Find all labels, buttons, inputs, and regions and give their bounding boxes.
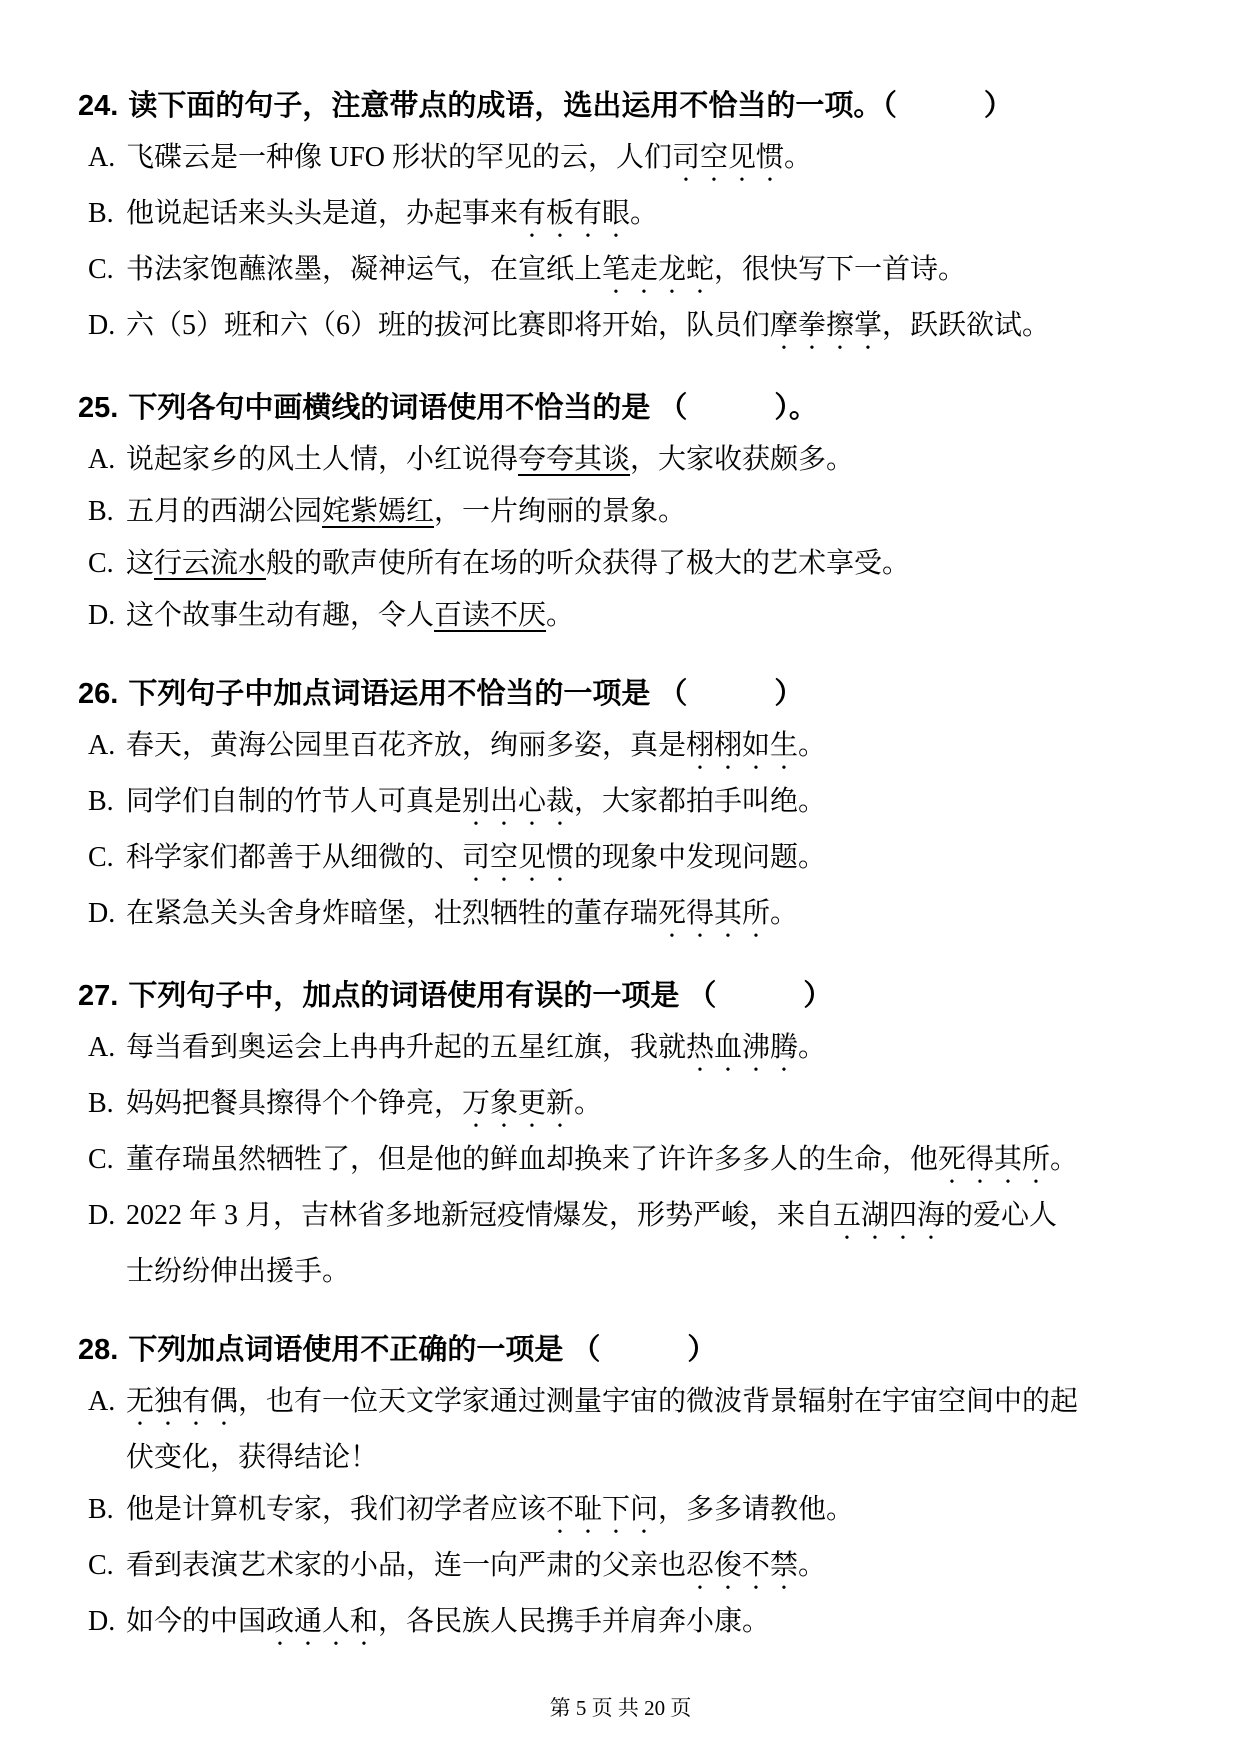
question-24-option-b: B.他说起话来头头是道，办起事来有板有眼。 xyxy=(88,188,1170,244)
option-label: D. xyxy=(88,590,126,642)
question-27-number: 27. xyxy=(78,970,118,1022)
plain-text-segment: 董存瑞虽然牺牲了，但是他的鲜血却换来了许许多多人的生命，他 xyxy=(126,1144,938,1175)
emphasis-dotted-phrase: 政通人和 xyxy=(266,1606,378,1637)
question-25-option-b: B.五月的西湖公园姹紫嫣红，一片绚丽的景象。 xyxy=(88,486,1170,538)
plain-text-segment: 看到表演艺术家的小品，连一向严肃的父亲也 xyxy=(126,1550,686,1581)
question-26-option-c: C.科学家们都善于从细微的、司空见惯的现象中发现问题。 xyxy=(88,832,1170,888)
option-text: 董存瑞虽然牺牲了，但是他的鲜血却换来了许许多多人的生命，他死得其所。 xyxy=(126,1134,1170,1190)
option-text: 春天，黄海公园里百花齐放，绚丽多姿，真是栩栩如生。 xyxy=(126,720,1170,776)
plain-text-segment: 的爱心人 xyxy=(945,1200,1057,1231)
question-25-number: 25. xyxy=(78,382,118,434)
plain-text-segment: 这 xyxy=(126,548,154,579)
plain-text-segment: 。 xyxy=(1050,1144,1078,1175)
question-25-option-a: A.说起家乡的风土人情，小红说得夸夸其谈，大家收获颇多。 xyxy=(88,434,1170,486)
option-text: 同学们自制的竹节人可真是别出心裁，大家都拍手叫绝。 xyxy=(126,776,1170,832)
option-label: B. xyxy=(88,1078,126,1134)
option-text: 这个故事生动有趣，令人百读不厌。 xyxy=(126,590,1170,642)
option-label: C. xyxy=(88,1134,126,1190)
questions-container: 24.读下面的句子，注意带点的成语，选出运用不恰当的一项。（ ）A.飞碟云是一种… xyxy=(78,80,1170,1652)
plain-text-segment: ，多多请教他。 xyxy=(658,1494,854,1525)
question-28-option-b: B.他是计算机专家，我们初学者应该不耻下问，多多请教他。 xyxy=(88,1484,1170,1540)
option-label: D. xyxy=(88,1596,126,1652)
option-label: B. xyxy=(88,776,126,832)
emphasis-dotted-phrase: 五湖四海 xyxy=(833,1200,945,1231)
plain-text-segment: 五月的西湖公园 xyxy=(126,496,322,527)
emphasis-dotted-phrase: 死得其所 xyxy=(938,1144,1050,1175)
question-25-option-d: D.这个故事生动有趣，令人百读不厌。 xyxy=(88,590,1170,642)
option-text-line: 无独有偶，也有一位天文学家通过测量宇宙的微波背景辐射在宇宙空间中的起 xyxy=(126,1376,1170,1432)
plain-text-segment: 2022 年 3 月，吉林省多地新冠疫情爆发，形势严峻，来自 xyxy=(126,1200,833,1231)
emphasis-dotted-phrase: 热血沸腾 xyxy=(686,1032,798,1063)
question-26-option-b: B.同学们自制的竹节人可真是别出心裁，大家都拍手叫绝。 xyxy=(88,776,1170,832)
plain-text-segment: ，也有一位天文学家通过测量宇宙的微波背景辐射在宇宙空间中的起 xyxy=(238,1386,1078,1417)
option-label: B. xyxy=(88,486,126,538)
underlined-phrase: 百读不厌 xyxy=(434,600,546,631)
option-text-line: 这行云流水般的歌声使所有在场的听众获得了极大的艺术享受。 xyxy=(126,538,1170,590)
option-text: 科学家们都善于从细微的、司空见惯的现象中发现问题。 xyxy=(126,832,1170,888)
plain-text-segment: 的现象中发现问题。 xyxy=(574,842,826,873)
question-24-option-d: D.六（5）班和六（6）班的拔河比赛即将开始，队员们摩拳擦掌，跃跃欲试。 xyxy=(88,300,1170,356)
plain-text-segment: 。 xyxy=(630,198,658,229)
option-text: 看到表演艺术家的小品，连一向严肃的父亲也忍俊不禁。 xyxy=(126,1540,1170,1596)
option-text: 无独有偶，也有一位天文学家通过测量宇宙的微波背景辐射在宇宙空间中的起伏变化，获得… xyxy=(126,1376,1170,1484)
option-text-line: 春天，黄海公园里百花齐放，绚丽多姿，真是栩栩如生。 xyxy=(126,720,1170,776)
option-text-line: 2022 年 3 月，吉林省多地新冠疫情爆发，形势严峻，来自五湖四海的爱心人 xyxy=(126,1190,1170,1246)
option-text-line: 每当看到奥运会上冉冉升起的五星红旗，我就热血沸腾。 xyxy=(126,1022,1170,1078)
question-25-option-c: C.这行云流水般的歌声使所有在场的听众获得了极大的艺术享受。 xyxy=(88,538,1170,590)
plain-text-segment: 科学家们都善于从细微的、 xyxy=(126,842,462,873)
option-label: C. xyxy=(88,538,126,590)
question-24-number: 24. xyxy=(78,80,118,132)
option-text: 在紧急关头舍身炸暗堡，壮烈牺牲的董存瑞死得其所。 xyxy=(126,888,1170,944)
emphasis-dotted-phrase: 别出心裁 xyxy=(462,786,574,817)
plain-text-segment: 他说起话来头头是道，办起事来 xyxy=(126,198,518,229)
page-number-text: 第 5 页 共 20 页 xyxy=(550,1696,692,1720)
option-text-line: 五月的西湖公园姹紫嫣红，一片绚丽的景象。 xyxy=(126,486,1170,538)
emphasis-dotted-phrase: 万象更新 xyxy=(462,1088,574,1119)
option-text-line: 书法家饱蘸浓墨，凝神运气，在宣纸上笔走龙蛇，很快写下一首诗。 xyxy=(126,244,1170,300)
option-label: C. xyxy=(88,832,126,888)
question-26: 26.下列句子中加点词语运用不恰当的一项是 （ ）A.春天，黄海公园里百花齐放，… xyxy=(78,668,1170,944)
option-text-line: 妈妈把餐具擦得个个铮亮，万象更新。 xyxy=(126,1078,1170,1134)
plain-text-segment: ，很快写下一首诗。 xyxy=(714,254,966,285)
question-27-option-b: B.妈妈把餐具擦得个个铮亮，万象更新。 xyxy=(88,1078,1170,1134)
plain-text-segment: 妈妈把餐具擦得个个铮亮， xyxy=(126,1088,462,1119)
page-footer: 第 5 页 共 20 页 xyxy=(0,1692,1241,1722)
plain-text-segment: 。 xyxy=(798,1550,826,1581)
option-text-line: 看到表演艺术家的小品，连一向严肃的父亲也忍俊不禁。 xyxy=(126,1540,1170,1596)
plain-text-segment: 说起家乡的风土人情，小红说得 xyxy=(126,444,518,475)
question-28-option-a: A.无独有偶，也有一位天文学家通过测量宇宙的微波背景辐射在宇宙空间中的起伏变化，… xyxy=(88,1376,1170,1484)
option-text-line: 六（5）班和六（6）班的拔河比赛即将开始，队员们摩拳擦掌，跃跃欲试。 xyxy=(126,300,1170,356)
plain-text-segment: 飞碟云是一种像 UFO 形状的罕见的云，人们 xyxy=(126,142,672,173)
question-24-title-text: 读下面的句子，注意带点的成语，选出运用不恰当的一项。（ ） xyxy=(128,80,1013,132)
plain-text-segment: ，大家都拍手叫绝。 xyxy=(574,786,826,817)
option-text-line: 在紧急关头舍身炸暗堡，壮烈牺牲的董存瑞死得其所。 xyxy=(126,888,1170,944)
option-label: D. xyxy=(88,1190,126,1298)
option-text-line: 如今的中国政通人和，各民族人民携手并肩奔小康。 xyxy=(126,1596,1170,1652)
option-label: A. xyxy=(88,1376,126,1484)
option-text-line: 士纷纷伸出援手。 xyxy=(126,1246,1170,1298)
option-label: D. xyxy=(88,300,126,356)
option-text-line: 这个故事生动有趣，令人百读不厌。 xyxy=(126,590,1170,642)
exam-page: 24.读下面的句子，注意带点的成语，选出运用不恰当的一项。（ ）A.飞碟云是一种… xyxy=(0,0,1241,1755)
plain-text-segment: 。 xyxy=(546,600,574,631)
emphasis-dotted-phrase: 司空见惯 xyxy=(672,142,784,173)
option-text-line: 他是计算机专家，我们初学者应该不耻下问，多多请教他。 xyxy=(126,1484,1170,1540)
plain-text-segment: ，各民族人民携手并肩奔小康。 xyxy=(378,1606,770,1637)
plain-text-segment: 书法家饱蘸浓墨，凝神运气，在宣纸上 xyxy=(126,254,602,285)
option-text: 五月的西湖公园姹紫嫣红，一片绚丽的景象。 xyxy=(126,486,1170,538)
emphasis-dotted-phrase: 忍俊不禁 xyxy=(686,1550,798,1581)
question-25: 25.下列各句中画横线的词语使用不恰当的是 （ ）。A.说起家乡的风土人情，小红… xyxy=(78,382,1170,642)
question-27-title: 27.下列句子中，加点的词语使用有误的一项是 （ ） xyxy=(78,970,1170,1022)
question-27-option-a: A.每当看到奥运会上冉冉升起的五星红旗，我就热血沸腾。 xyxy=(88,1022,1170,1078)
emphasis-dotted-phrase: 栩栩如生 xyxy=(686,730,798,761)
option-text-line: 董存瑞虽然牺牲了，但是他的鲜血却换来了许许多多人的生命，他死得其所。 xyxy=(126,1134,1170,1190)
plain-text-segment: 这个故事生动有趣，令人 xyxy=(126,600,434,631)
option-text: 六（5）班和六（6）班的拔河比赛即将开始，队员们摩拳擦掌，跃跃欲试。 xyxy=(126,300,1170,356)
plain-text-segment: 在紧急关头舍身炸暗堡，壮烈牺牲的董存瑞 xyxy=(126,898,658,929)
emphasis-dotted-phrase: 司空见惯 xyxy=(462,842,574,873)
question-28-option-d: D.如今的中国政通人和，各民族人民携手并肩奔小康。 xyxy=(88,1596,1170,1652)
option-text: 2022 年 3 月，吉林省多地新冠疫情爆发，形势严峻，来自五湖四海的爱心人士纷… xyxy=(126,1190,1170,1298)
plain-text-segment: 。 xyxy=(574,1088,602,1119)
plain-text-segment: ，跃跃欲试。 xyxy=(882,310,1050,341)
emphasis-dotted-phrase: 笔走龙蛇 xyxy=(602,254,714,285)
underlined-phrase: 夸夸其谈 xyxy=(518,444,630,475)
emphasis-dotted-phrase: 摩拳擦掌 xyxy=(770,310,882,341)
question-28: 28.下列加点词语使用不正确的一项是 （ ）A.无独有偶，也有一位天文学家通过测… xyxy=(78,1324,1170,1652)
option-label: A. xyxy=(88,1022,126,1078)
plain-text-segment: 同学们自制的竹节人可真是 xyxy=(126,786,462,817)
plain-text-segment: 。 xyxy=(770,898,798,929)
option-label: A. xyxy=(88,720,126,776)
option-label: B. xyxy=(88,188,126,244)
question-27-option-c: C.董存瑞虽然牺牲了，但是他的鲜血却换来了许许多多人的生命，他死得其所。 xyxy=(88,1134,1170,1190)
option-label: A. xyxy=(88,132,126,188)
question-26-title: 26.下列句子中加点词语运用不恰当的一项是 （ ） xyxy=(78,668,1170,720)
plain-text-segment: 他是计算机专家，我们初学者应该 xyxy=(126,1494,546,1525)
question-28-option-c: C.看到表演艺术家的小品，连一向严肃的父亲也忍俊不禁。 xyxy=(88,1540,1170,1596)
option-text-line: 科学家们都善于从细微的、司空见惯的现象中发现问题。 xyxy=(126,832,1170,888)
question-24-title: 24.读下面的句子，注意带点的成语，选出运用不恰当的一项。（ ） xyxy=(78,80,1170,132)
option-text: 他说起话来头头是道，办起事来有板有眼。 xyxy=(126,188,1170,244)
option-text: 说起家乡的风土人情，小红说得夸夸其谈，大家收获颇多。 xyxy=(126,434,1170,486)
plain-text-segment: 如今的中国 xyxy=(126,1606,266,1637)
plain-text-segment: 般的歌声使所有在场的听众获得了极大的艺术享受。 xyxy=(266,548,910,579)
option-text-line: 他说起话来头头是道，办起事来有板有眼。 xyxy=(126,188,1170,244)
underlined-phrase: 行云流水 xyxy=(154,548,266,579)
plain-text-segment: 每当看到奥运会上冉冉升起的五星红旗，我就 xyxy=(126,1032,686,1063)
question-26-number: 26. xyxy=(78,668,118,720)
emphasis-dotted-phrase: 有板有眼 xyxy=(518,198,630,229)
question-28-title-text: 下列加点词语使用不正确的一项是 （ ） xyxy=(128,1324,716,1376)
emphasis-dotted-phrase: 不耻下问 xyxy=(546,1494,658,1525)
question-26-title-text: 下列句子中加点词语运用不恰当的一项是 （ ） xyxy=(128,668,803,720)
emphasis-dotted-phrase: 无独有偶 xyxy=(126,1386,238,1417)
plain-text-segment: 士纷纷伸出援手。 xyxy=(126,1256,350,1287)
option-label: C. xyxy=(88,244,126,300)
question-26-option-d: D.在紧急关头舍身炸暗堡，壮烈牺牲的董存瑞死得其所。 xyxy=(88,888,1170,944)
option-text-line: 飞碟云是一种像 UFO 形状的罕见的云，人们司空见惯。 xyxy=(126,132,1170,188)
plain-text-segment: 春天，黄海公园里百花齐放，绚丽多姿，真是 xyxy=(126,730,686,761)
plain-text-segment: 。 xyxy=(798,1032,826,1063)
emphasis-dotted-phrase: 死得其所 xyxy=(658,898,770,929)
option-text: 书法家饱蘸浓墨，凝神运气，在宣纸上笔走龙蛇，很快写下一首诗。 xyxy=(126,244,1170,300)
option-label: C. xyxy=(88,1540,126,1596)
option-text: 这行云流水般的歌声使所有在场的听众获得了极大的艺术享受。 xyxy=(126,538,1170,590)
plain-text-segment: ，一片绚丽的景象。 xyxy=(434,496,686,527)
question-28-title: 28.下列加点词语使用不正确的一项是 （ ） xyxy=(78,1324,1170,1376)
option-text-line: 同学们自制的竹节人可真是别出心裁，大家都拍手叫绝。 xyxy=(126,776,1170,832)
underlined-phrase: 姹紫嫣红 xyxy=(322,496,434,527)
option-label: B. xyxy=(88,1484,126,1540)
option-label: A. xyxy=(88,434,126,486)
plain-text-segment: 六（5）班和六（6）班的拔河比赛即将开始，队员们 xyxy=(126,310,770,341)
option-text-line: 说起家乡的风土人情，小红说得夸夸其谈，大家收获颇多。 xyxy=(126,434,1170,486)
option-text: 每当看到奥运会上冉冉升起的五星红旗，我就热血沸腾。 xyxy=(126,1022,1170,1078)
option-label: D. xyxy=(88,888,126,944)
question-25-title: 25.下列各句中画横线的词语使用不恰当的是 （ ）。 xyxy=(78,382,1170,434)
question-27-title-text: 下列句子中，加点的词语使用有误的一项是 （ ） xyxy=(128,970,832,1022)
question-24: 24.读下面的句子，注意带点的成语，选出运用不恰当的一项。（ ）A.飞碟云是一种… xyxy=(78,80,1170,356)
option-text-line: 伏变化，获得结论！ xyxy=(126,1432,1170,1484)
option-text: 他是计算机专家，我们初学者应该不耻下问，多多请教他。 xyxy=(126,1484,1170,1540)
question-28-number: 28. xyxy=(78,1324,118,1376)
option-text: 如今的中国政通人和，各民族人民携手并肩奔小康。 xyxy=(126,1596,1170,1652)
plain-text-segment: 。 xyxy=(784,142,812,173)
question-24-option-a: A.飞碟云是一种像 UFO 形状的罕见的云，人们司空见惯。 xyxy=(88,132,1170,188)
plain-text-segment: 伏变化，获得结论！ xyxy=(126,1442,378,1473)
option-text: 妈妈把餐具擦得个个铮亮，万象更新。 xyxy=(126,1078,1170,1134)
option-text: 飞碟云是一种像 UFO 形状的罕见的云，人们司空见惯。 xyxy=(126,132,1170,188)
question-27-option-d: D.2022 年 3 月，吉林省多地新冠疫情爆发，形势严峻，来自五湖四海的爱心人… xyxy=(88,1190,1170,1298)
question-26-option-a: A.春天，黄海公园里百花齐放，绚丽多姿，真是栩栩如生。 xyxy=(88,720,1170,776)
question-27: 27.下列句子中，加点的词语使用有误的一项是 （ ）A.每当看到奥运会上冉冉升起… xyxy=(78,970,1170,1298)
plain-text-segment: ，大家收获颇多。 xyxy=(630,444,854,475)
plain-text-segment: 。 xyxy=(798,730,826,761)
question-25-title-text: 下列各句中画横线的词语使用不恰当的是 （ ）。 xyxy=(128,382,818,434)
question-24-option-c: C.书法家饱蘸浓墨，凝神运气，在宣纸上笔走龙蛇，很快写下一首诗。 xyxy=(88,244,1170,300)
